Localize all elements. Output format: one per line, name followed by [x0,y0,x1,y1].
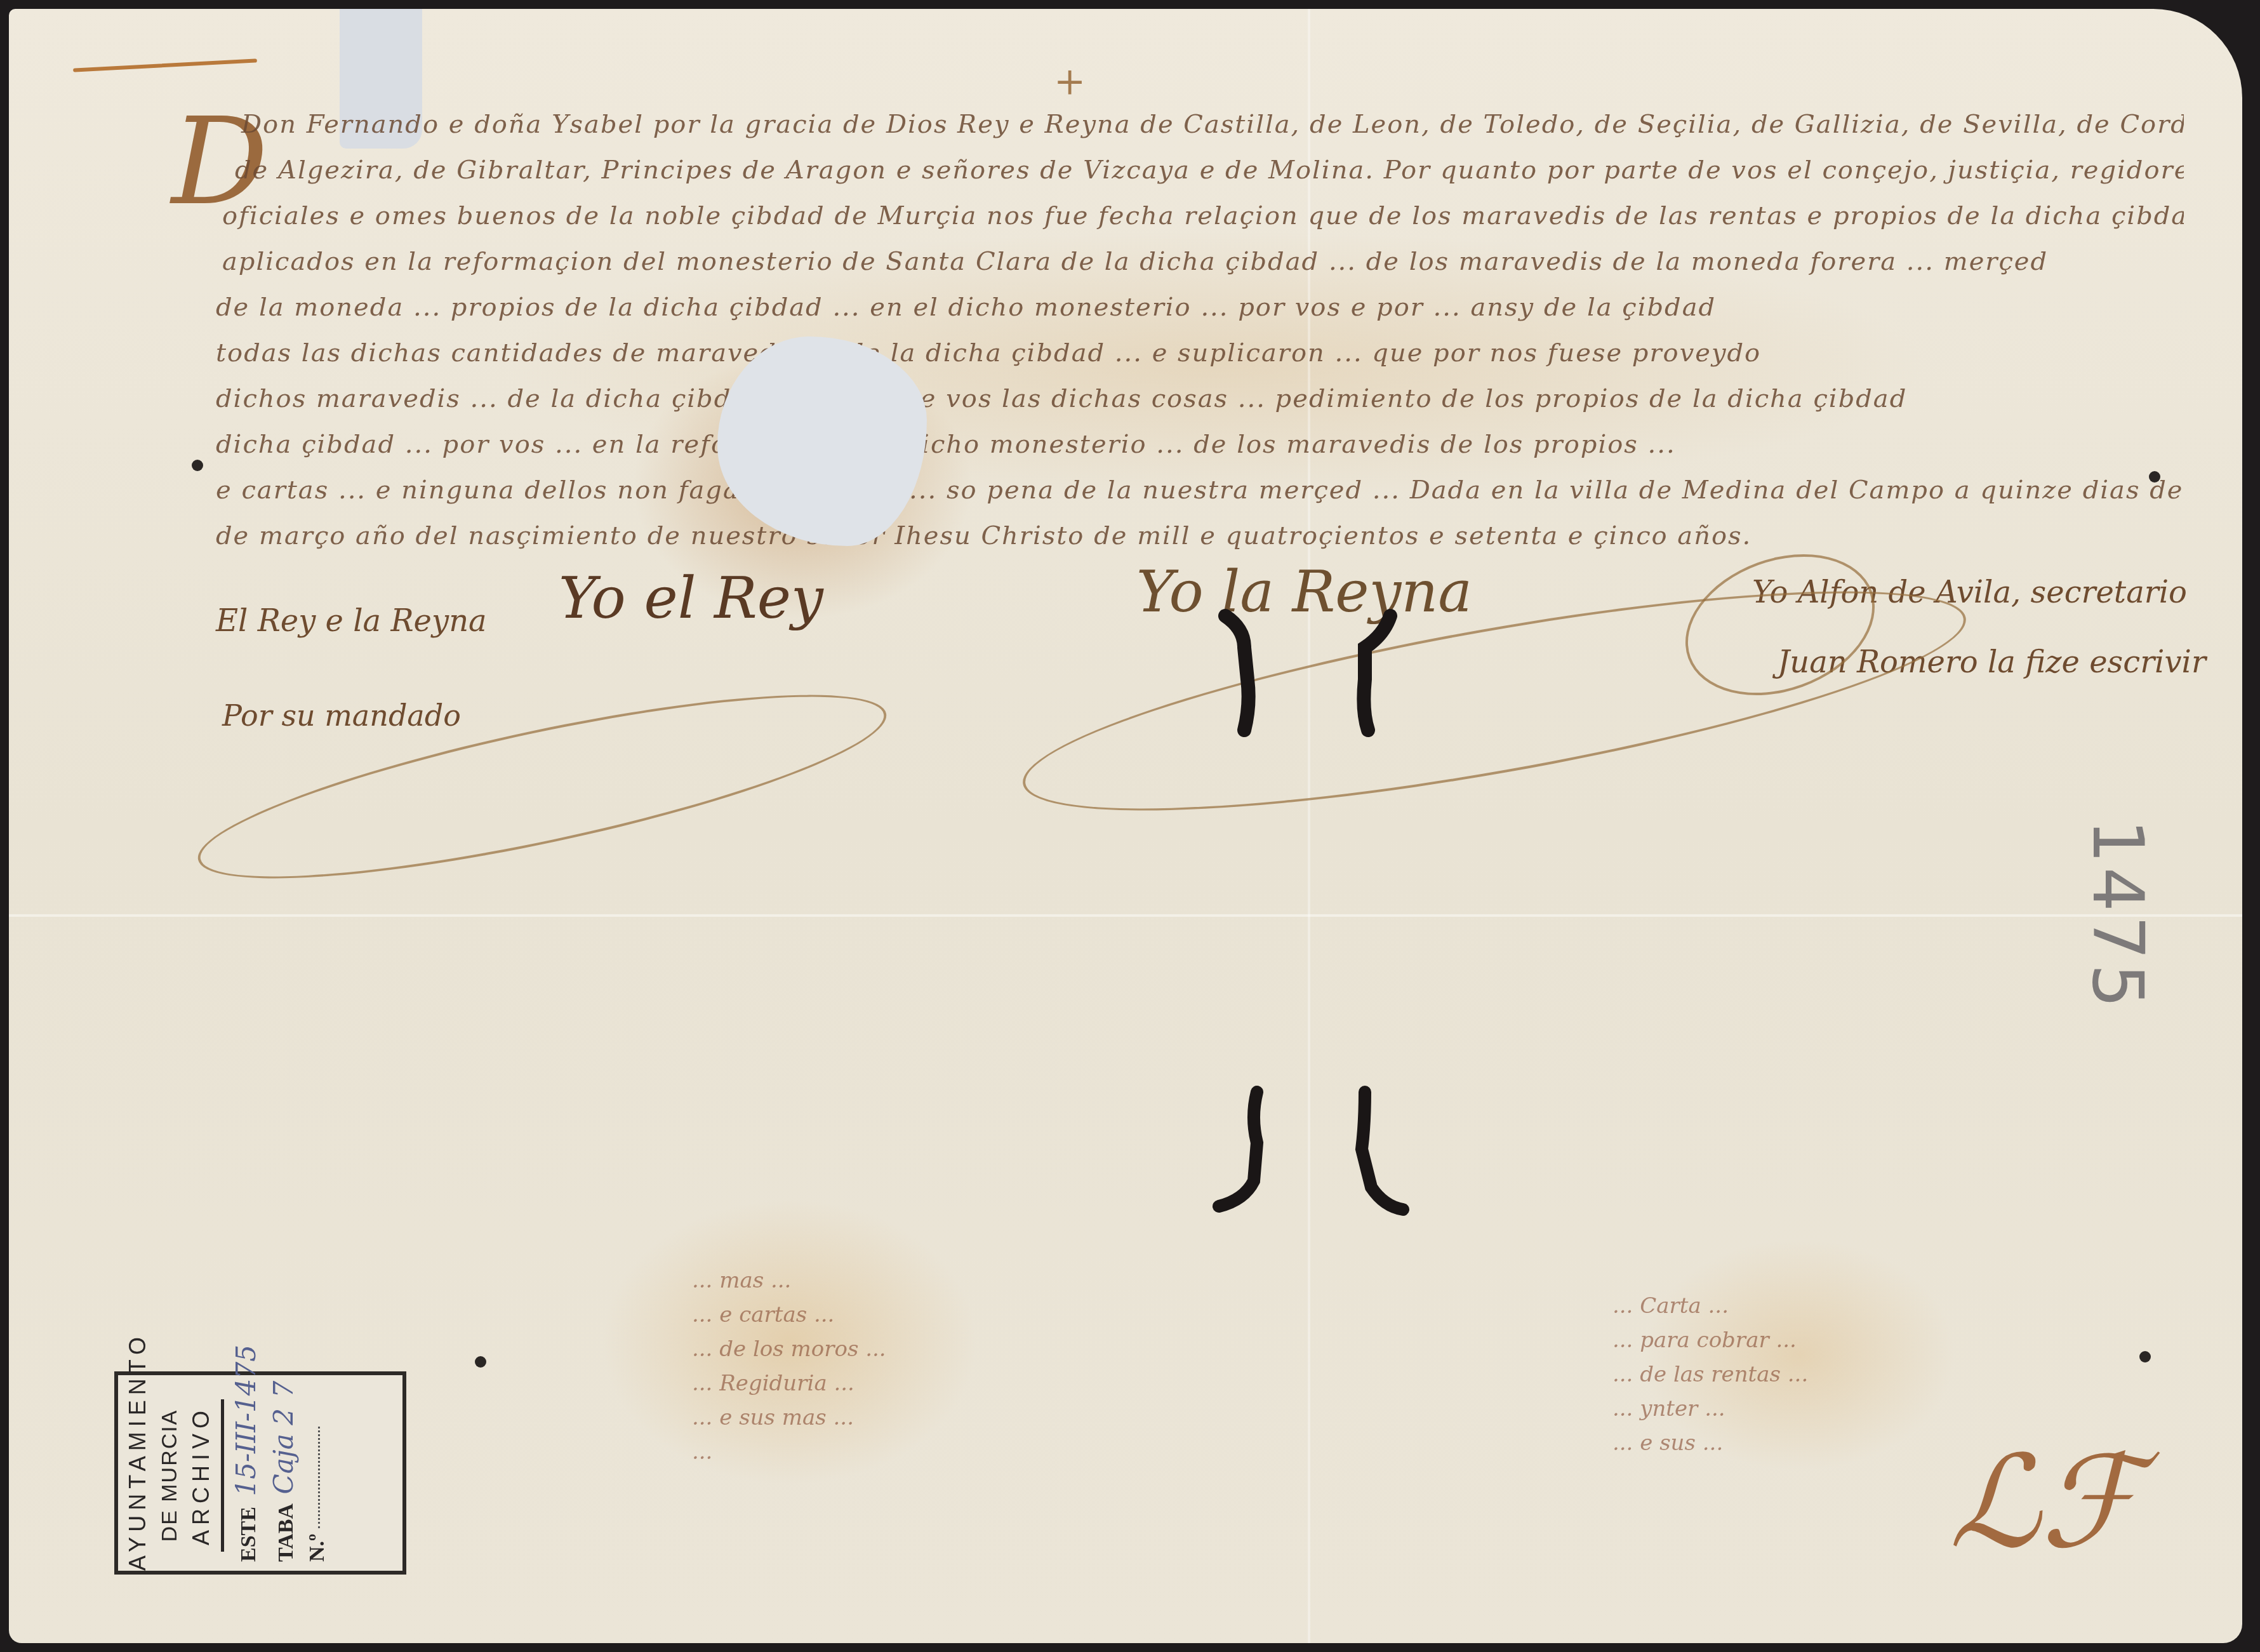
invocation-cross: + [1054,62,1086,100]
pin-hole [2149,471,2160,483]
label-archive: ARCHIVO [185,1380,217,1571]
pin-hole [475,1356,486,1368]
label-field-num: N.º [305,1389,329,1562]
label-tab-key: TABA [274,1505,298,1562]
label-divider [221,1399,224,1552]
label-field-tab: TABA Caja 2 7 [268,1389,299,1562]
label-tab-value-2: 7 [268,1381,299,1398]
body-line-4: aplicados en la reformaçion del monester… [165,239,2184,284]
horizontal-fold-line [9,914,2242,917]
body-line-9: e cartas ... e ninguna dellos non fagade… [165,467,2184,513]
label-est-value: 15-III-1475 [230,1345,262,1496]
label-est-key: ESTE [237,1507,260,1562]
ink-brace-marks-upper [1206,603,1409,743]
note-el-rey-e-la-reyna: El Rey e la Reyna [216,603,487,639]
body-line-8: dicha çibdad ... por vos ... en la refor… [165,422,2184,467]
pin-hole [192,460,203,471]
signature-king: Yo el Rey [559,565,823,632]
label-num-key: N.º [305,1534,329,1562]
rubric-bottom-right: ℒℱ [1949,1429,2140,1576]
body-line-7: dichos maravedis ... de la dicha çibdad … [165,376,2184,422]
body-line-6: todas las dichas cantidades de maravedis… [165,330,2184,376]
ink-brace-marks-lower [1206,1079,1422,1232]
label-tab-value: Caja 2 [268,1408,299,1494]
archive-label-content: AYUNTAMIENTO DE MURCIA ARCHIVO ESTE 15-I… [122,1380,401,1571]
document-body-text: Don Fernando e doña Ysabel por la gracia… [165,102,2184,559]
pin-hole [2139,1351,2151,1362]
bleed-through-text-right: ... Carta ... ... para cobrar ... ... de… [1612,1289,1808,1460]
pencil-year-note: 1475 [2077,819,2158,1012]
body-line-2: de Algezira, de Gibraltar, Principes de … [165,147,2184,193]
body-line-5: de la moneda ... propios de la dicha çib… [165,284,2184,330]
archive-label: AYUNTAMIENTO DE MURCIA ARCHIVO ESTE 15-I… [114,1371,406,1575]
body-line-10: de março año del nasçimiento de nuestro … [165,513,2184,559]
body-line-3: oficiales e omes buenos de la noble çibd… [165,193,2184,239]
note-por-su-mandado: Por su mandado [222,698,461,733]
bleed-through-text-left: ... mas ... ... e cartas ... ... de los … [692,1263,886,1469]
label-institution: AYUNTAMIENTO [122,1380,154,1571]
label-city: DE MURCIA [154,1380,185,1571]
label-field-est: ESTE 15-III-1475 [230,1389,262,1562]
label-num-blank [318,1427,320,1528]
body-line-1: Don Fernando e doña Ysabel por la gracia… [165,102,2184,147]
